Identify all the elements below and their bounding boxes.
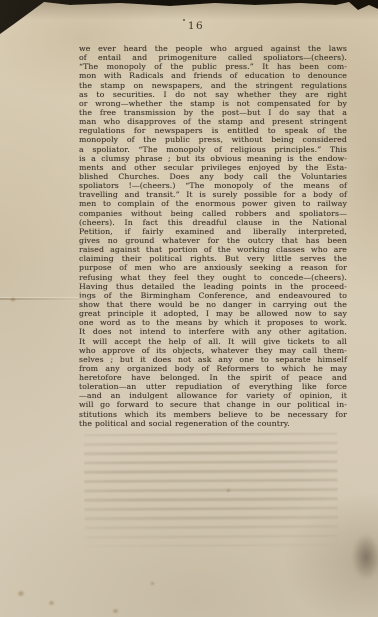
text-line: or wrong—whether the stamp is not compen… bbox=[79, 99, 347, 108]
show-through-text bbox=[84, 432, 339, 548]
text-line: is a clumsy phrase ; but its obvious mea… bbox=[79, 154, 347, 163]
text-line: mon with Radicals and friends of educati… bbox=[79, 71, 347, 80]
text-line: claiming their political rights. But ver… bbox=[79, 254, 347, 263]
text-line: It does not intend to interfere with any… bbox=[79, 327, 347, 336]
text-line: ings of the Birmingham Conference, and e… bbox=[79, 291, 347, 300]
text-line: travelling and transit.” It is surely po… bbox=[79, 190, 347, 199]
foxing-spot bbox=[150, 581, 155, 586]
foxing-spot bbox=[17, 590, 25, 597]
text-line: Petition, if fairly examined and liberal… bbox=[79, 227, 347, 236]
text-line: the political and social regeneration of… bbox=[79, 419, 347, 428]
text-line: we ever heard the people who argued agai… bbox=[79, 44, 347, 53]
text-line: —and an indulgent allowance for variety … bbox=[79, 391, 347, 400]
text-line: heretofore have belonged. In the spirit … bbox=[79, 373, 347, 382]
text-line: Having thus detailed the leading points … bbox=[79, 282, 347, 291]
foxing-spot bbox=[226, 488, 231, 493]
text-line: who approve of its objects, whatever the… bbox=[79, 346, 347, 355]
text-line: “The monopoly of the public press.” It h… bbox=[79, 62, 347, 71]
text-line: (cheers). In fact this dreadful clause i… bbox=[79, 218, 347, 227]
body-text: we ever heard the people who argued agai… bbox=[79, 44, 347, 428]
text-line: spoliators !—(cheers.) “The monopoly of … bbox=[79, 181, 347, 190]
text-line: toleration—an utter repudiation of every… bbox=[79, 382, 347, 391]
foxing-spot bbox=[327, 93, 334, 99]
text-line: companies without being called robbers a… bbox=[79, 209, 347, 218]
text-line: ments and other secular privileges enjoy… bbox=[79, 163, 347, 172]
text-line: show that there would be no danger in ca… bbox=[79, 300, 347, 309]
ink-speck bbox=[183, 19, 185, 21]
text-line: stitutions which its members believe to … bbox=[79, 410, 347, 419]
text-line: will go forward to secure that change in… bbox=[79, 400, 347, 409]
text-line: man who disapproves of the stamp and pre… bbox=[79, 117, 347, 126]
text-line: purpose of men who are anxiously seeking… bbox=[79, 263, 347, 272]
text-line: It will accept the help of all. It will … bbox=[79, 337, 347, 346]
text-line: one word as to the means by which it pro… bbox=[79, 318, 347, 327]
text-line: of entail and primogeniture called spoli… bbox=[79, 53, 347, 62]
text-line: refusing what they feel they ought to co… bbox=[79, 273, 347, 282]
text-line: selves ; but it does not ask any one to … bbox=[79, 355, 347, 364]
text-line: the stamp on newspapers, and the stringe… bbox=[79, 81, 347, 90]
edge-smudge bbox=[352, 534, 378, 580]
scanned-book-page: 16 we ever heard the people who argued a… bbox=[0, 0, 378, 617]
foxing-spot bbox=[112, 608, 119, 614]
text-line: a spoliator. “The monopoly of religious … bbox=[79, 145, 347, 154]
page-top-edge-shadow bbox=[0, 0, 378, 20]
page-paper: 16 we ever heard the people who argued a… bbox=[0, 0, 378, 617]
foxing-spot bbox=[10, 297, 16, 302]
text-line: blished Churches. Does any body call the… bbox=[79, 172, 347, 181]
text-line: men to complain of the enormous power gi… bbox=[79, 199, 347, 208]
text-line: monopoly of the public press, without be… bbox=[79, 135, 347, 144]
text-line: regulations for newspapers is entitled t… bbox=[79, 126, 347, 135]
text-line: great principle it adopted, I may be all… bbox=[79, 309, 347, 318]
foxing-spot bbox=[48, 600, 55, 606]
text-line: gives no ground whatever for the outcry … bbox=[79, 236, 347, 245]
text-line: as to securities. I do not say whether t… bbox=[79, 90, 347, 99]
text-line: the free transmission by the post—but I … bbox=[79, 108, 347, 117]
text-line: raised against that portion of the worki… bbox=[79, 245, 347, 254]
page-number: 16 bbox=[7, 20, 378, 32]
text-line: from any organized body of Reformers to … bbox=[79, 364, 347, 373]
